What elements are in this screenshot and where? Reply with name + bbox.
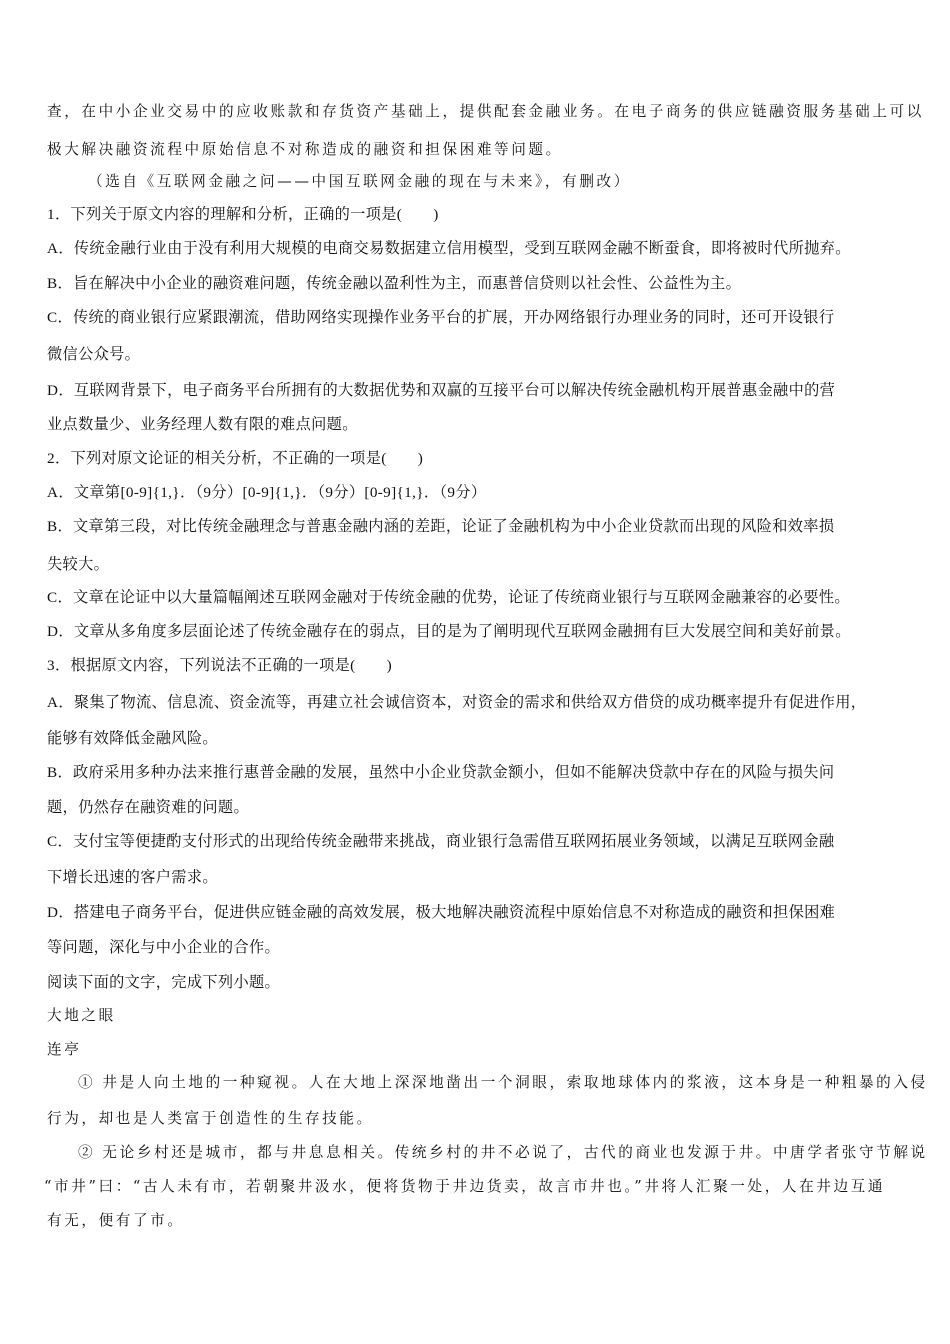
question-1-option-d: D．互联网背景下，电子商务平台所拥有的大数据优势和双赢的互接平台可以解决传统金融… [47,381,835,401]
question-2-stem: 2．下列对原文论证的相关分析，不正确的一项是( ) [47,449,423,469]
question-1-option-a: A．传统金融行业由于没有利用大规模的电商交易数据建立信用模型，受到互联网金融不断… [47,239,851,259]
question-2-option-a: A．文章第[0-9]{1,}．（9分）[0-9]{1,}．（9分）[0-9]{1… [47,483,486,503]
question-2-option-b-cont: 失较大。 [47,555,109,575]
question-3-option-b: B．政府采用多种办法来推行惠普金融的发展，虽然中小企业贷款金额小，但如不能解决贷… [47,763,834,783]
question-2-option-c: C．文章在论证中以大量篇幅阐述互联网金融对于传统金融的优势，论证了传统商业银行与… [47,588,850,608]
question-1-option-d-cont: 业点数量少、业务经理人数有限的难点问题。 [47,415,358,435]
question-2-option-b: B．文章第三段，对比传统金融理念与普惠金融内涵的差距，论证了金融机构为中小企业贷… [47,517,834,537]
question-1-option-c-cont: 微信公众号。 [47,345,140,365]
question-3-option-a: A．聚集了物流、信息流、资金流等，再建立社会诚信资本，对资金的需求和供给双方借贷… [47,693,866,713]
question-3-option-a-cont: 能够有效降低金融风险。 [47,729,218,749]
question-1-option-b: B．旨在解决中小企业的融资难问题，传统金融以盈利性为主，而惠普信贷则以社会性、公… [47,274,741,294]
source-citation: （选自《互联网金融之问——中国互联网金融的现在与未来》，有删改） [88,172,631,192]
paragraph-2-cont: 有无，便有了市。 [47,1211,185,1231]
question-3-stem: 3．根据原文内容，下列说法不正确的一项是( ) [47,656,392,676]
passage-line: 极大解决融资流程中原始信息不对称造成的融资和担保困难等问题。 [47,140,563,160]
reading-instruction: 阅读下面的文字，完成下列小题。 [47,973,280,993]
question-3-option-c: C．支付宝等便捷酌支付形式的出现给传统金融带来挑战，商业银行急需借互联网拓展业务… [47,832,834,852]
paragraph-2: ② 无论乡村还是城市，都与井息息相关。传统乡村的井不必说了，古代的商业也发源于井… [78,1143,928,1163]
question-1-stem: 1．下列关于原文内容的理解和分析，正确的一项是( ) [47,205,439,225]
paragraph-1: ① 井是人向土地的一种窥视。人在大地上深深地凿出一个洞眼，索取地球体内的浆液，这… [78,1073,928,1093]
question-1-option-c: C．传统的商业银行应紧跟潮流，借助网络实现操作业务平台的扩展，开办网络银行办理业… [47,308,834,328]
paragraph-2-cont: “市井”曰：“古人未有市，若朝聚井汲水，便将货物于井边货卖，故言市井也。”井将人… [44,1177,885,1197]
passage-line: 查，在中小企业交易中的应收账款和存货资产基础上，提供配套金融业务。在电子商务的供… [47,102,924,122]
question-3-option-c-cont: 下增长迅速的客户需求。 [47,868,218,888]
article-author: 连亭 [47,1040,81,1060]
paragraph-1-cont: 行为，却也是人类富于创造性的生存技能。 [47,1109,374,1129]
question-3-option-d-cont: 等问题，深化与中小企业的合作。 [47,938,280,958]
question-2-option-d: D．文章从多角度多层面论述了传统金融存在的弱点，目的是为了阐明现代互联网金融拥有… [47,622,851,642]
article-title: 大地之眼 [47,1006,116,1026]
question-3-option-b-cont: 题，仍然存在融资难的问题。 [47,798,249,818]
question-3-option-d: D．搭建电子商务平台，促进供应链金融的高效发展，极大地解决融资流程中原始信息不对… [47,903,835,923]
